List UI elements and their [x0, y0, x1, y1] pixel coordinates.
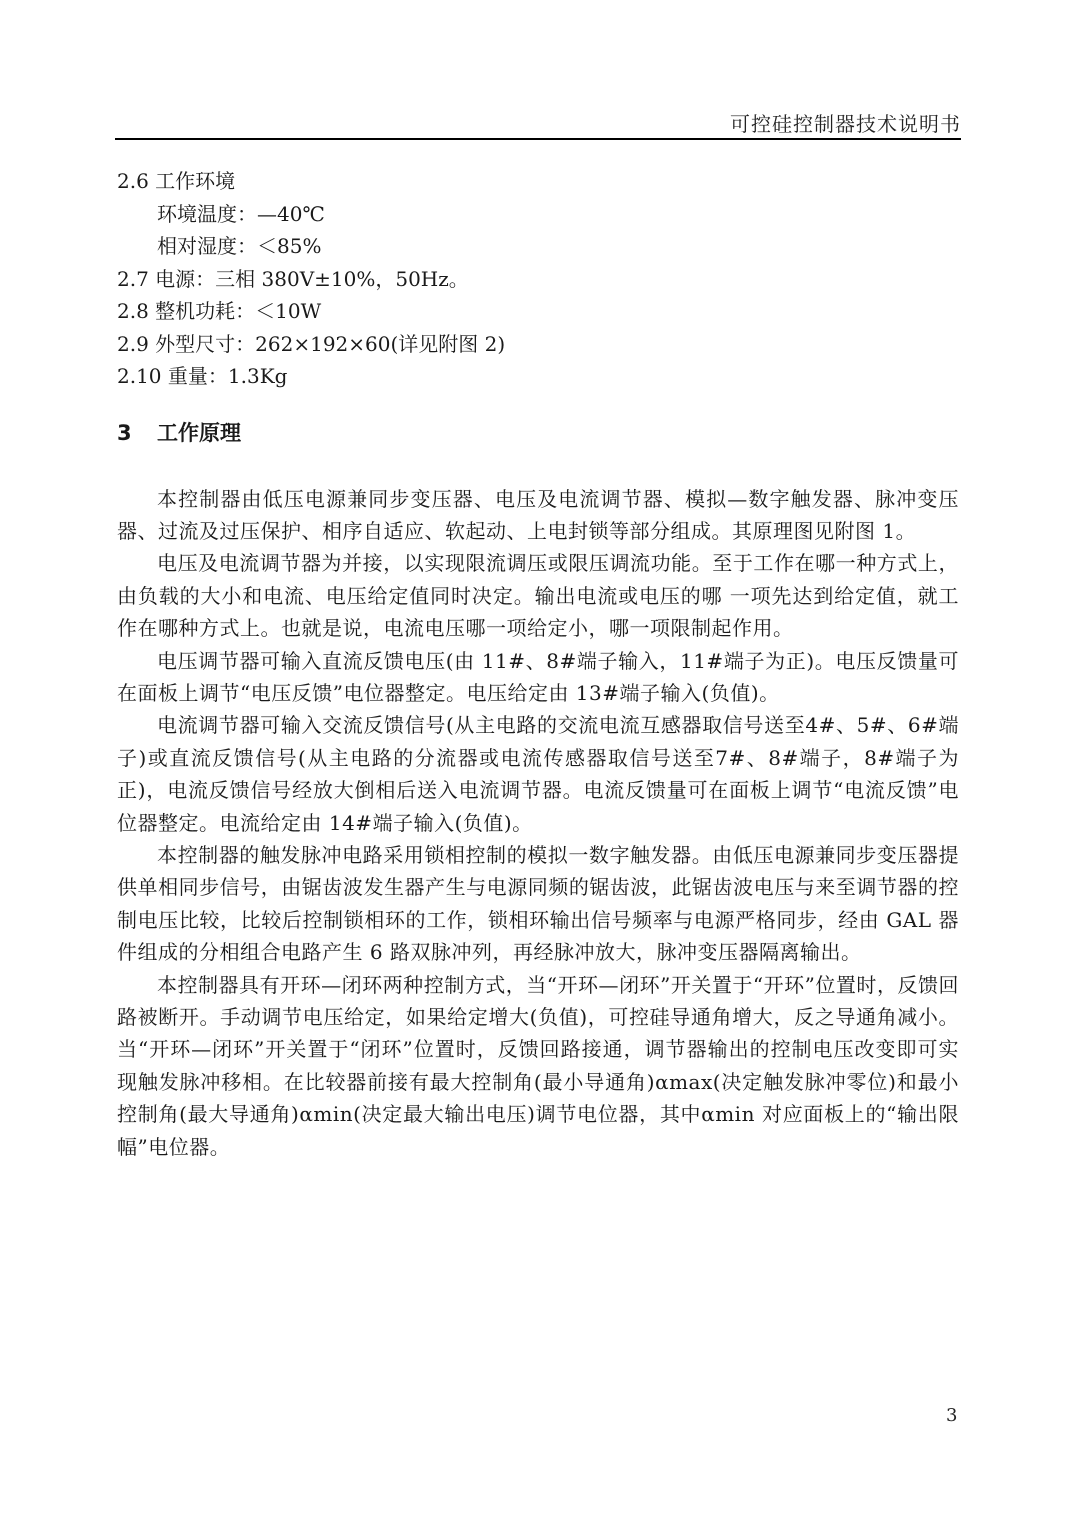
- page-content: 2.6 工作环境 环境温度：—40℃ 相对湿度：＜85% 2.7 电源：三相 3…: [117, 165, 959, 1163]
- page-number: 3: [946, 1405, 957, 1426]
- page-header: 可控硅控制器技术说明书: [115, 100, 961, 140]
- section-title: 工作原理: [157, 421, 241, 445]
- spec-item-humidity: 相对湿度：＜85%: [117, 230, 959, 263]
- section-heading: 3工作原理: [117, 413, 959, 453]
- paragraph: 电压及电流调节器为并接，以实现限流调压或限压调流功能。至于工作在哪一种方式上，由…: [117, 547, 959, 644]
- document-title: 可控硅控制器技术说明书: [730, 108, 961, 137]
- spec-item-weight: 2.10 重量：1.3Kg: [117, 360, 959, 393]
- spec-item-2-6: 2.6 工作环境: [117, 165, 959, 198]
- body-text: 本控制器由低压电源兼同步变压器、电压及电流调节器、模拟—数字触发器、脉冲变压器、…: [117, 483, 959, 1164]
- spec-item-power-supply: 2.7 电源：三相 380V±10%，50Hz。: [117, 263, 959, 296]
- paragraph: 电流调节器可输入交流反馈信号(从主电路的交流电流互感器取信号送至4#、5#、6#…: [117, 709, 959, 839]
- paragraph: 本控制器由低压电源兼同步变压器、电压及电流调节器、模拟—数字触发器、脉冲变压器、…: [117, 483, 959, 548]
- spec-item-dimensions: 2.9 外型尺寸：262×192×60(详见附图 2): [117, 328, 959, 361]
- paragraph: 电压调节器可输入直流反馈电压(由 11#、8#端子输入，11#端子为正)。电压反…: [117, 645, 959, 710]
- spec-list: 2.6 工作环境 环境温度：—40℃ 相对湿度：＜85% 2.7 电源：三相 3…: [117, 165, 959, 393]
- paragraph: 本控制器具有开环—闭环两种控制方式，当“开环—闭环”开关置于“开环”位置时，反馈…: [117, 969, 959, 1163]
- spec-item-temperature: 环境温度：—40℃: [117, 198, 959, 231]
- section-number: 3: [117, 413, 157, 453]
- paragraph: 本控制器的触发脉冲电路采用锁相控制的模拟一数字触发器。由低压电源兼同步变压器提供…: [117, 839, 959, 969]
- spec-item-power-consumption: 2.8 整机功耗：＜10W: [117, 295, 959, 328]
